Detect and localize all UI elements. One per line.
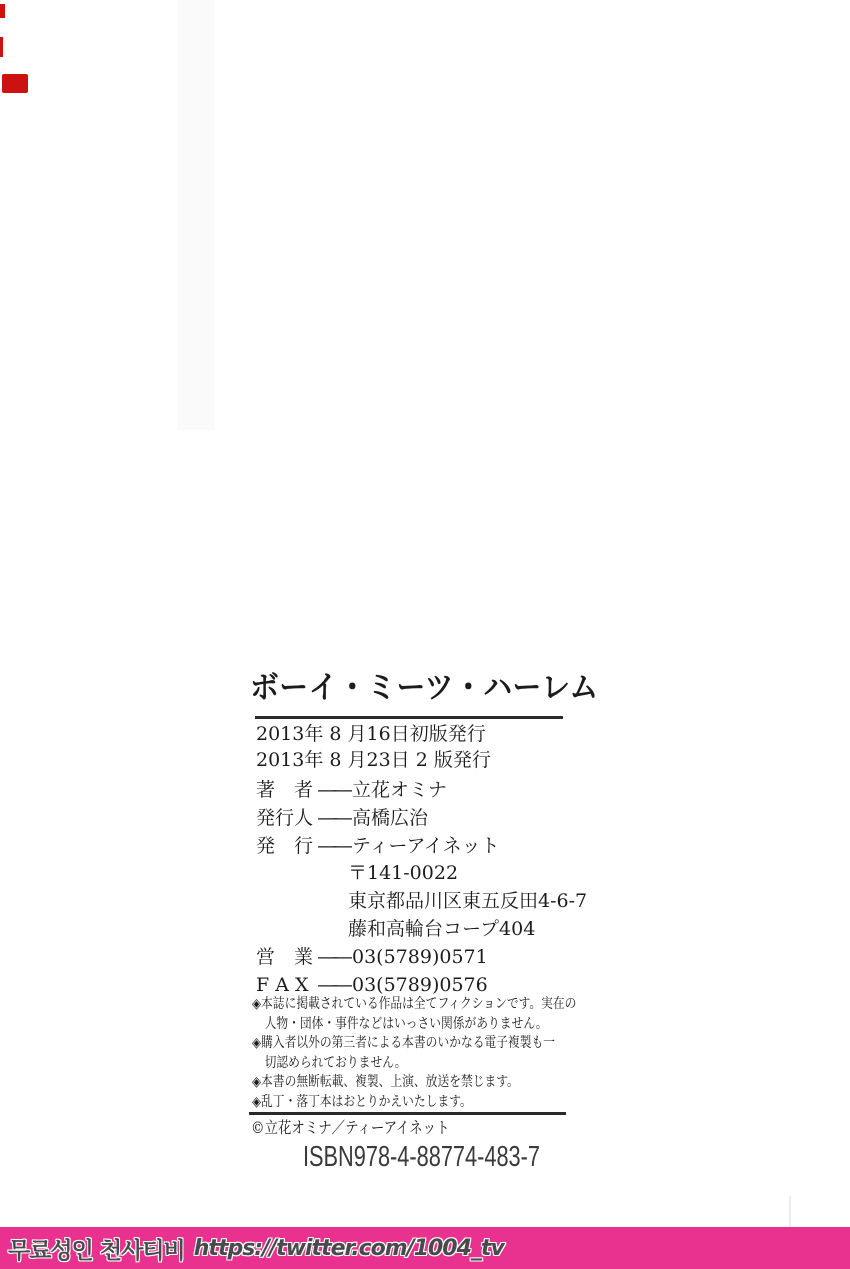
credit-row-author: 著 者――立花オミナ: [256, 777, 587, 805]
scan-edge-line: [789, 1196, 791, 1228]
copyright-line: ©立花オミナ／ティーアイネット: [251, 1116, 450, 1140]
dash-separator: ――: [318, 944, 352, 972]
contact-row-sales: 営 業――03(5789)0571: [256, 944, 587, 972]
credit-value: ティーアイネット: [352, 833, 500, 861]
credit-value: 高橋広治: [352, 805, 428, 833]
edition-dates: 2013年 8 月16日初版発行 2013年 8 月23日 2 版発行: [256, 722, 491, 773]
credit-label: 発行人: [256, 805, 318, 833]
isbn-number: ISBN978-4-88774-483-7: [303, 1141, 540, 1174]
copyright-divider: [249, 1112, 566, 1115]
credit-row-publisher-person: 発行人――高橋広治: [256, 805, 587, 833]
dash-separator: ――: [318, 777, 352, 805]
legal-notices: ◈本誌に掲載されている作品は全てフィクションです。実在の 人物・団体・事件などは…: [252, 995, 576, 1113]
red-scan-mark: [2, 74, 28, 93]
watermark-korean-text: 무료성인 천사티비: [8, 1232, 185, 1265]
notice-line: ◈本書の無断転載、複製、上演、放送を禁じます。: [252, 1073, 576, 1093]
dash-separator: ――: [318, 805, 352, 833]
notice-line: ◈本誌に掲載されている作品は全てフィクションです。実在の: [252, 995, 576, 1015]
phone-number: 03(5789)0571: [352, 944, 488, 972]
notice-line: 切認められておりません。: [252, 1054, 576, 1074]
credit-label: 著 者: [256, 777, 318, 805]
book-title: ボーイ・ミーツ・ハーレム: [250, 662, 599, 707]
scan-streak: [178, 0, 214, 430]
colophon-page: ボーイ・ミーツ・ハーレム 2013年 8 月16日初版発行 2013年 8 月2…: [0, 0, 850, 1269]
dash-separator: ――: [318, 833, 352, 861]
address-line: 藤和高輪台コープ404: [256, 916, 587, 944]
notice-line: ◈乱丁・落丁本はおとりかえいたします。: [252, 1093, 576, 1113]
red-scan-mark: [0, 4, 5, 18]
notice-line: 人物・団体・事件などはいっさい関係がありません。: [252, 1015, 576, 1035]
watermark-url-text: https://twitter.com/1004_tv: [194, 1236, 504, 1261]
edition-date-line: 2013年 8 月23日 2 版発行: [256, 748, 491, 774]
red-scan-mark: [0, 37, 3, 57]
contact-label: 営 業: [256, 944, 318, 972]
publication-info: 著 者――立花オミナ 発行人――高橋広治 発 行――ティーアイネット 〒141-…: [256, 777, 587, 999]
edition-date-line: 2013年 8 月16日初版発行: [256, 722, 491, 748]
notice-line: ◈購入者以外の第三者による本書のいかなる電子複製も一: [252, 1034, 576, 1054]
credit-label: 発 行: [256, 833, 318, 861]
credit-row-publisher: 発 行――ティーアイネット: [256, 833, 587, 861]
title-divider: [255, 716, 563, 719]
watermark-bar: 무료성인 천사티비 https://twitter.com/1004_tv: [0, 1227, 850, 1269]
credit-value: 立花オミナ: [352, 777, 447, 805]
postal-code: 〒141-0022: [256, 860, 587, 888]
address-line: 東京都品川区東五反田4-6-7: [256, 888, 587, 916]
